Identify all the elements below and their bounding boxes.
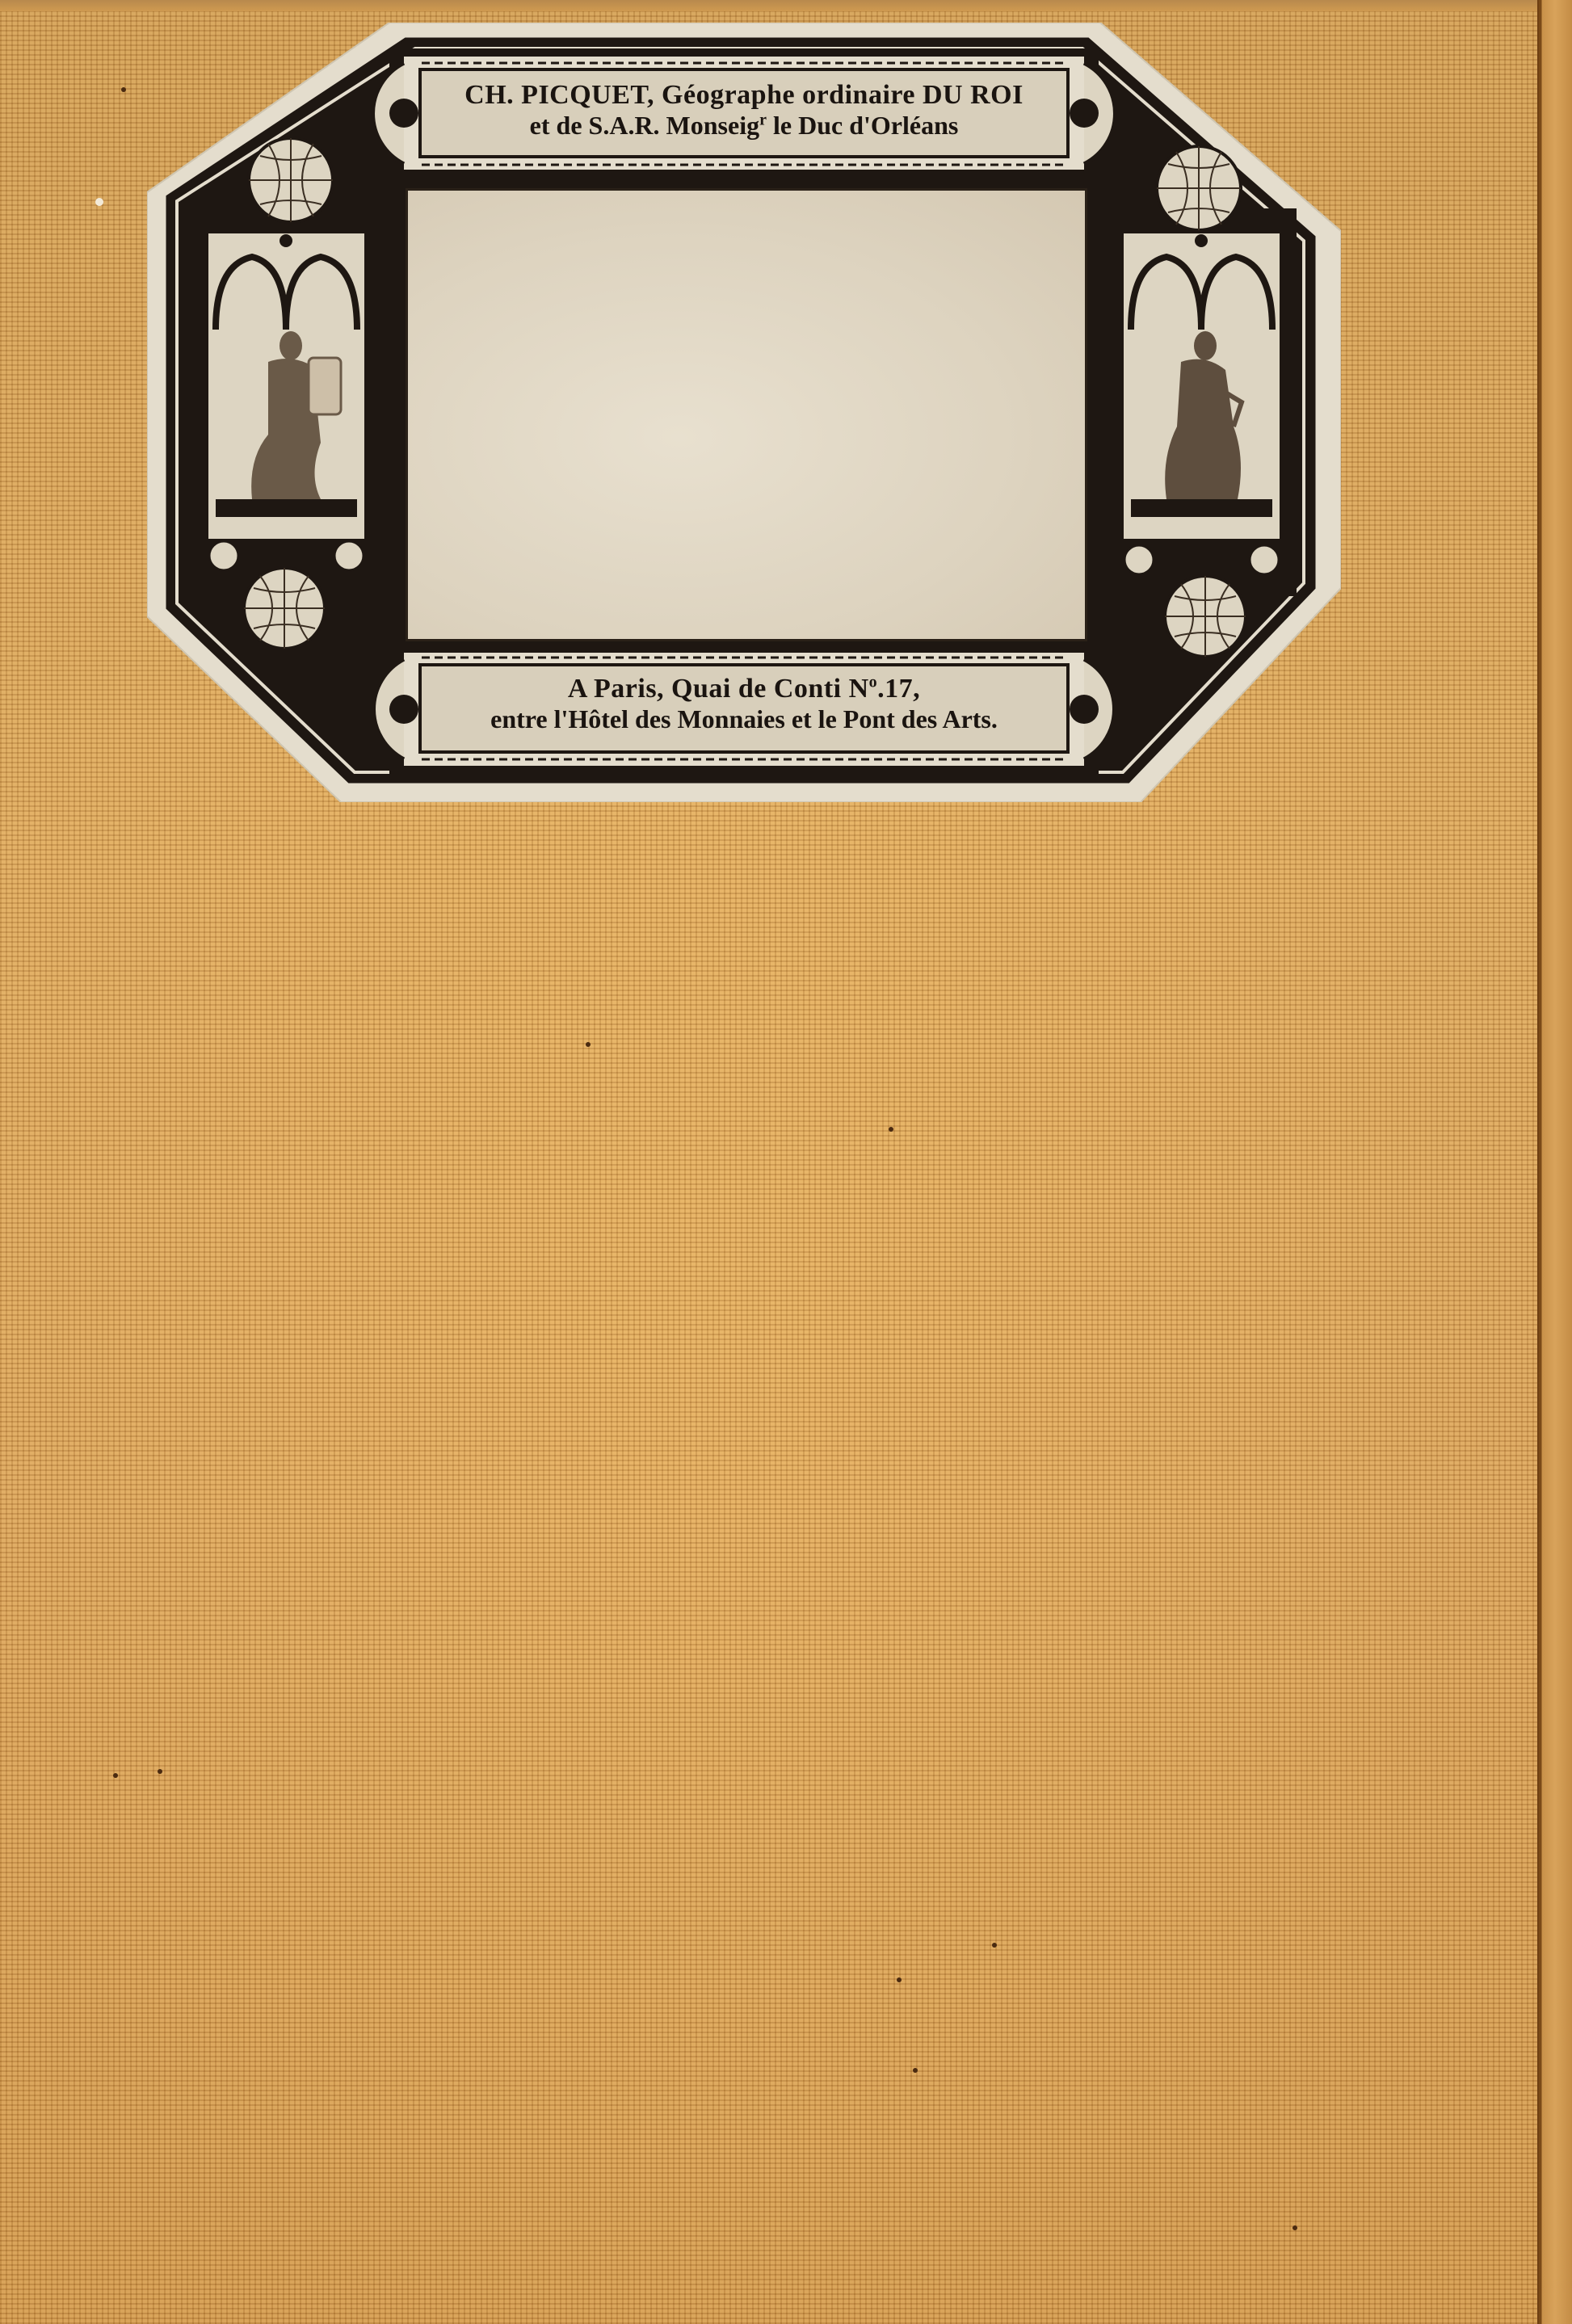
stain-speck [586,1042,591,1047]
patron-text-suffix: le Duc d'Orléans [767,111,958,140]
stain-speck [913,2068,918,2073]
blank-title-panel [406,188,1087,641]
patron-text-prefix: et de S.A.R. Monseig [530,111,759,140]
stain-speck [121,87,126,92]
publisher-patron: et de S.A.R. Monseigr le Duc d'Orléans [422,111,1066,141]
stain-speck [992,1943,997,1948]
stain-speck [1292,2225,1297,2230]
address-suffix: .17, [877,674,920,704]
globe-top-left [249,138,333,222]
globe-top-right [1157,146,1241,230]
stain-speck [95,198,103,206]
address-location: entre l'Hôtel des Monnaies et le Pont de… [422,704,1066,734]
address-line: A Paris, Quai de Conti No.17, [422,665,1066,704]
stain-speck [158,1769,162,1774]
cover-right-edge [1539,0,1572,2324]
globe-bottom-right [1165,576,1246,657]
address-prefix: A Paris, Quai de Conti N [568,674,869,704]
stain-speck [889,1127,893,1132]
publisher-name: CH. PICQUET, Géographe ordinaire DU ROI [422,71,1066,111]
stain-speck [897,1977,902,1982]
stain-speck [113,1773,118,1778]
address-sup: o [869,674,878,691]
cover-top-edge [0,0,1572,11]
trade-label: CH. PICQUET, Géographe ordinaire DU ROI … [147,23,1341,802]
globe-bottom-left [244,568,325,649]
publisher-cartouche: CH. PICQUET, Géographe ordinaire DU ROI … [422,71,1066,152]
address-cartouche: A Paris, Quai de Conti No.17, entre l'Hô… [422,665,1066,746]
patron-text-sup: r [759,111,767,128]
